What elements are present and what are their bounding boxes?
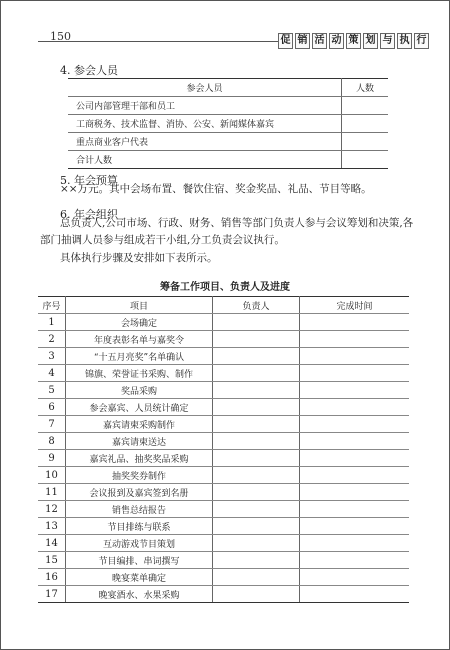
running-title-char: 划 bbox=[363, 33, 378, 49]
time-cell bbox=[300, 314, 410, 331]
table-header-row: 序号 项目 负责人 完成时间 bbox=[38, 297, 409, 314]
column-header: 人数 bbox=[342, 79, 389, 97]
owner-cell bbox=[213, 365, 300, 382]
item-cell: 节目编排、串词撰写 bbox=[66, 552, 213, 569]
table-row: 15节目编排、串词撰写 bbox=[38, 552, 409, 569]
row-number: 10 bbox=[38, 467, 66, 484]
table-row: 14互动游戏节目策划 bbox=[38, 535, 409, 552]
table-row: 10抽奖奖券制作 bbox=[38, 467, 409, 484]
table-row: 9嘉宾礼品、抽奖奖品采购 bbox=[38, 450, 409, 467]
time-cell bbox=[300, 569, 410, 586]
time-cell bbox=[300, 450, 410, 467]
table-row: 5奖品采购 bbox=[38, 382, 409, 399]
row-number: 11 bbox=[38, 484, 66, 501]
time-cell bbox=[300, 399, 410, 416]
time-cell bbox=[300, 535, 410, 552]
section6-text-line3: 具体执行步骤及安排如下表所示。 bbox=[60, 250, 218, 267]
time-cell bbox=[300, 484, 410, 501]
table-row: 重点商业客户代表 bbox=[68, 133, 388, 151]
row-number: 16 bbox=[38, 569, 66, 586]
table-row: 3“十五月亮奖”名单确认 bbox=[38, 348, 409, 365]
table-row: 11会议报到及嘉宾签到名册 bbox=[38, 484, 409, 501]
column-header: 项目 bbox=[66, 297, 213, 314]
table-row: 1会场确定 bbox=[38, 314, 409, 331]
item-cell: 互动游戏节目策划 bbox=[66, 535, 213, 552]
owner-cell bbox=[213, 535, 300, 552]
running-title-char: 策 bbox=[346, 33, 361, 49]
row-number: 3 bbox=[38, 348, 66, 365]
column-header: 负责人 bbox=[213, 297, 300, 314]
row-number: 9 bbox=[38, 450, 66, 467]
table-row: 合计人数 bbox=[68, 151, 388, 169]
table-row: 工商税务、技术监督、消协、公安、新闻媒体嘉宾 bbox=[68, 115, 388, 133]
table-cell bbox=[342, 115, 389, 133]
row-number: 5 bbox=[38, 382, 66, 399]
running-title-char: 与 bbox=[380, 33, 395, 49]
row-number: 2 bbox=[38, 331, 66, 348]
owner-cell bbox=[213, 433, 300, 450]
table-row: 7嘉宾请柬采购制作 bbox=[38, 416, 409, 433]
running-title-char: 行 bbox=[414, 33, 429, 49]
owner-cell bbox=[213, 501, 300, 518]
time-cell bbox=[300, 416, 410, 433]
header-rule bbox=[38, 41, 280, 42]
owner-cell bbox=[213, 467, 300, 484]
row-number: 7 bbox=[38, 416, 66, 433]
time-cell bbox=[300, 501, 410, 518]
time-cell bbox=[300, 365, 410, 382]
column-header: 完成时间 bbox=[300, 297, 410, 314]
table-row: 13节目排练与联系 bbox=[38, 518, 409, 535]
owner-cell bbox=[213, 348, 300, 365]
owner-cell bbox=[213, 518, 300, 535]
row-number: 6 bbox=[38, 399, 66, 416]
item-cell: 会议报到及嘉宾签到名册 bbox=[66, 484, 213, 501]
table-row: 12销售总结报告 bbox=[38, 501, 409, 518]
owner-cell bbox=[213, 314, 300, 331]
table-cell bbox=[342, 151, 389, 169]
item-cell: 奖品采购 bbox=[66, 382, 213, 399]
item-cell: 抽奖奖券制作 bbox=[66, 467, 213, 484]
prep-table-title: 筹备工作项目、负责人及进度 bbox=[0, 278, 450, 293]
owner-cell bbox=[213, 416, 300, 433]
section4-heading: 4. 参会人员 bbox=[60, 62, 118, 78]
time-cell bbox=[300, 433, 410, 450]
row-number: 17 bbox=[38, 586, 66, 603]
time-cell bbox=[300, 331, 410, 348]
running-title-char: 动 bbox=[329, 33, 344, 49]
table-row: 公司内部管理干部和员工 bbox=[68, 97, 388, 115]
row-number: 1 bbox=[38, 314, 66, 331]
owner-cell bbox=[213, 586, 300, 603]
row-number: 8 bbox=[38, 433, 66, 450]
owner-cell bbox=[213, 569, 300, 586]
time-cell bbox=[300, 382, 410, 399]
row-number: 13 bbox=[38, 518, 66, 535]
running-title-char: 促 bbox=[278, 33, 293, 49]
owner-cell bbox=[213, 331, 300, 348]
item-cell: 销售总结报告 bbox=[66, 501, 213, 518]
owner-cell bbox=[213, 382, 300, 399]
owner-cell bbox=[213, 484, 300, 501]
table-cell bbox=[342, 97, 389, 115]
running-title-char: 活 bbox=[312, 33, 327, 49]
item-cell: 晚宴菜单确定 bbox=[66, 569, 213, 586]
time-cell bbox=[300, 586, 410, 603]
item-cell: 年度表彰名单与嘉奖令 bbox=[66, 331, 213, 348]
table-row: 4锦旗、荣誉证书采购、制作 bbox=[38, 365, 409, 382]
time-cell bbox=[300, 518, 410, 535]
table-cell: 合计人数 bbox=[68, 151, 342, 169]
row-number: 4 bbox=[38, 365, 66, 382]
item-cell: 会场确定 bbox=[66, 314, 213, 331]
item-cell: 嘉宾请柬采购制作 bbox=[66, 416, 213, 433]
time-cell bbox=[300, 552, 410, 569]
attendees-table: 参会人员 人数 公司内部管理干部和员工 工商税务、技术监督、消协、公安、新闻媒体… bbox=[68, 78, 388, 169]
time-cell bbox=[300, 348, 410, 365]
table-row: 6参会嘉宾、人员统计确定 bbox=[38, 399, 409, 416]
row-number: 15 bbox=[38, 552, 66, 569]
prep-table: 序号 项目 负责人 完成时间 1会场确定 2年度表彰名单与嘉奖令 3“十五月亮奖… bbox=[38, 296, 409, 603]
item-cell: 晚宴酒水、水果采购 bbox=[66, 586, 213, 603]
table-row: 2年度表彰名单与嘉奖令 bbox=[38, 331, 409, 348]
row-number: 14 bbox=[38, 535, 66, 552]
column-header: 参会人员 bbox=[68, 79, 342, 97]
owner-cell bbox=[213, 399, 300, 416]
owner-cell bbox=[213, 450, 300, 467]
owner-cell bbox=[213, 552, 300, 569]
item-cell: 嘉宾请柬送达 bbox=[66, 433, 213, 450]
table-cell: 重点商业客户代表 bbox=[68, 133, 342, 151]
running-title-char: 销 bbox=[295, 33, 310, 49]
column-header: 序号 bbox=[38, 297, 66, 314]
table-row: 8嘉宾请柬送达 bbox=[38, 433, 409, 450]
table-cell: 工商税务、技术监督、消协、公安、新闻媒体嘉宾 bbox=[68, 115, 342, 133]
section6-text-line1: 总负责人,公司市场、行政、财务、销售等部门负责人参与会议筹划和决策,各 bbox=[60, 215, 413, 232]
item-cell: 参会嘉宾、人员统计确定 bbox=[66, 399, 213, 416]
item-cell: “十五月亮奖”名单确认 bbox=[66, 348, 213, 365]
time-cell bbox=[300, 467, 410, 484]
table-row: 17晚宴酒水、水果采购 bbox=[38, 586, 409, 603]
table-header-row: 参会人员 人数 bbox=[68, 79, 388, 97]
running-title: 促 销 活 动 策 划 与 执 行 bbox=[278, 33, 429, 49]
table-cell: 公司内部管理干部和员工 bbox=[68, 97, 342, 115]
item-cell: 嘉宾礼品、抽奖奖品采购 bbox=[66, 450, 213, 467]
section5-text: ××万元。其中会场布置、餐饮住宿、奖金奖品、礼品、节目等略。 bbox=[60, 181, 372, 198]
item-cell: 锦旗、荣誉证书采购、制作 bbox=[66, 365, 213, 382]
section6-text-line2: 部门抽调人员参与组成若干小组,分工负责会议执行。 bbox=[40, 232, 285, 249]
row-number: 12 bbox=[38, 501, 66, 518]
table-row: 16晚宴菜单确定 bbox=[38, 569, 409, 586]
item-cell: 节目排练与联系 bbox=[66, 518, 213, 535]
table-cell bbox=[342, 133, 389, 151]
running-title-char: 执 bbox=[397, 33, 412, 49]
